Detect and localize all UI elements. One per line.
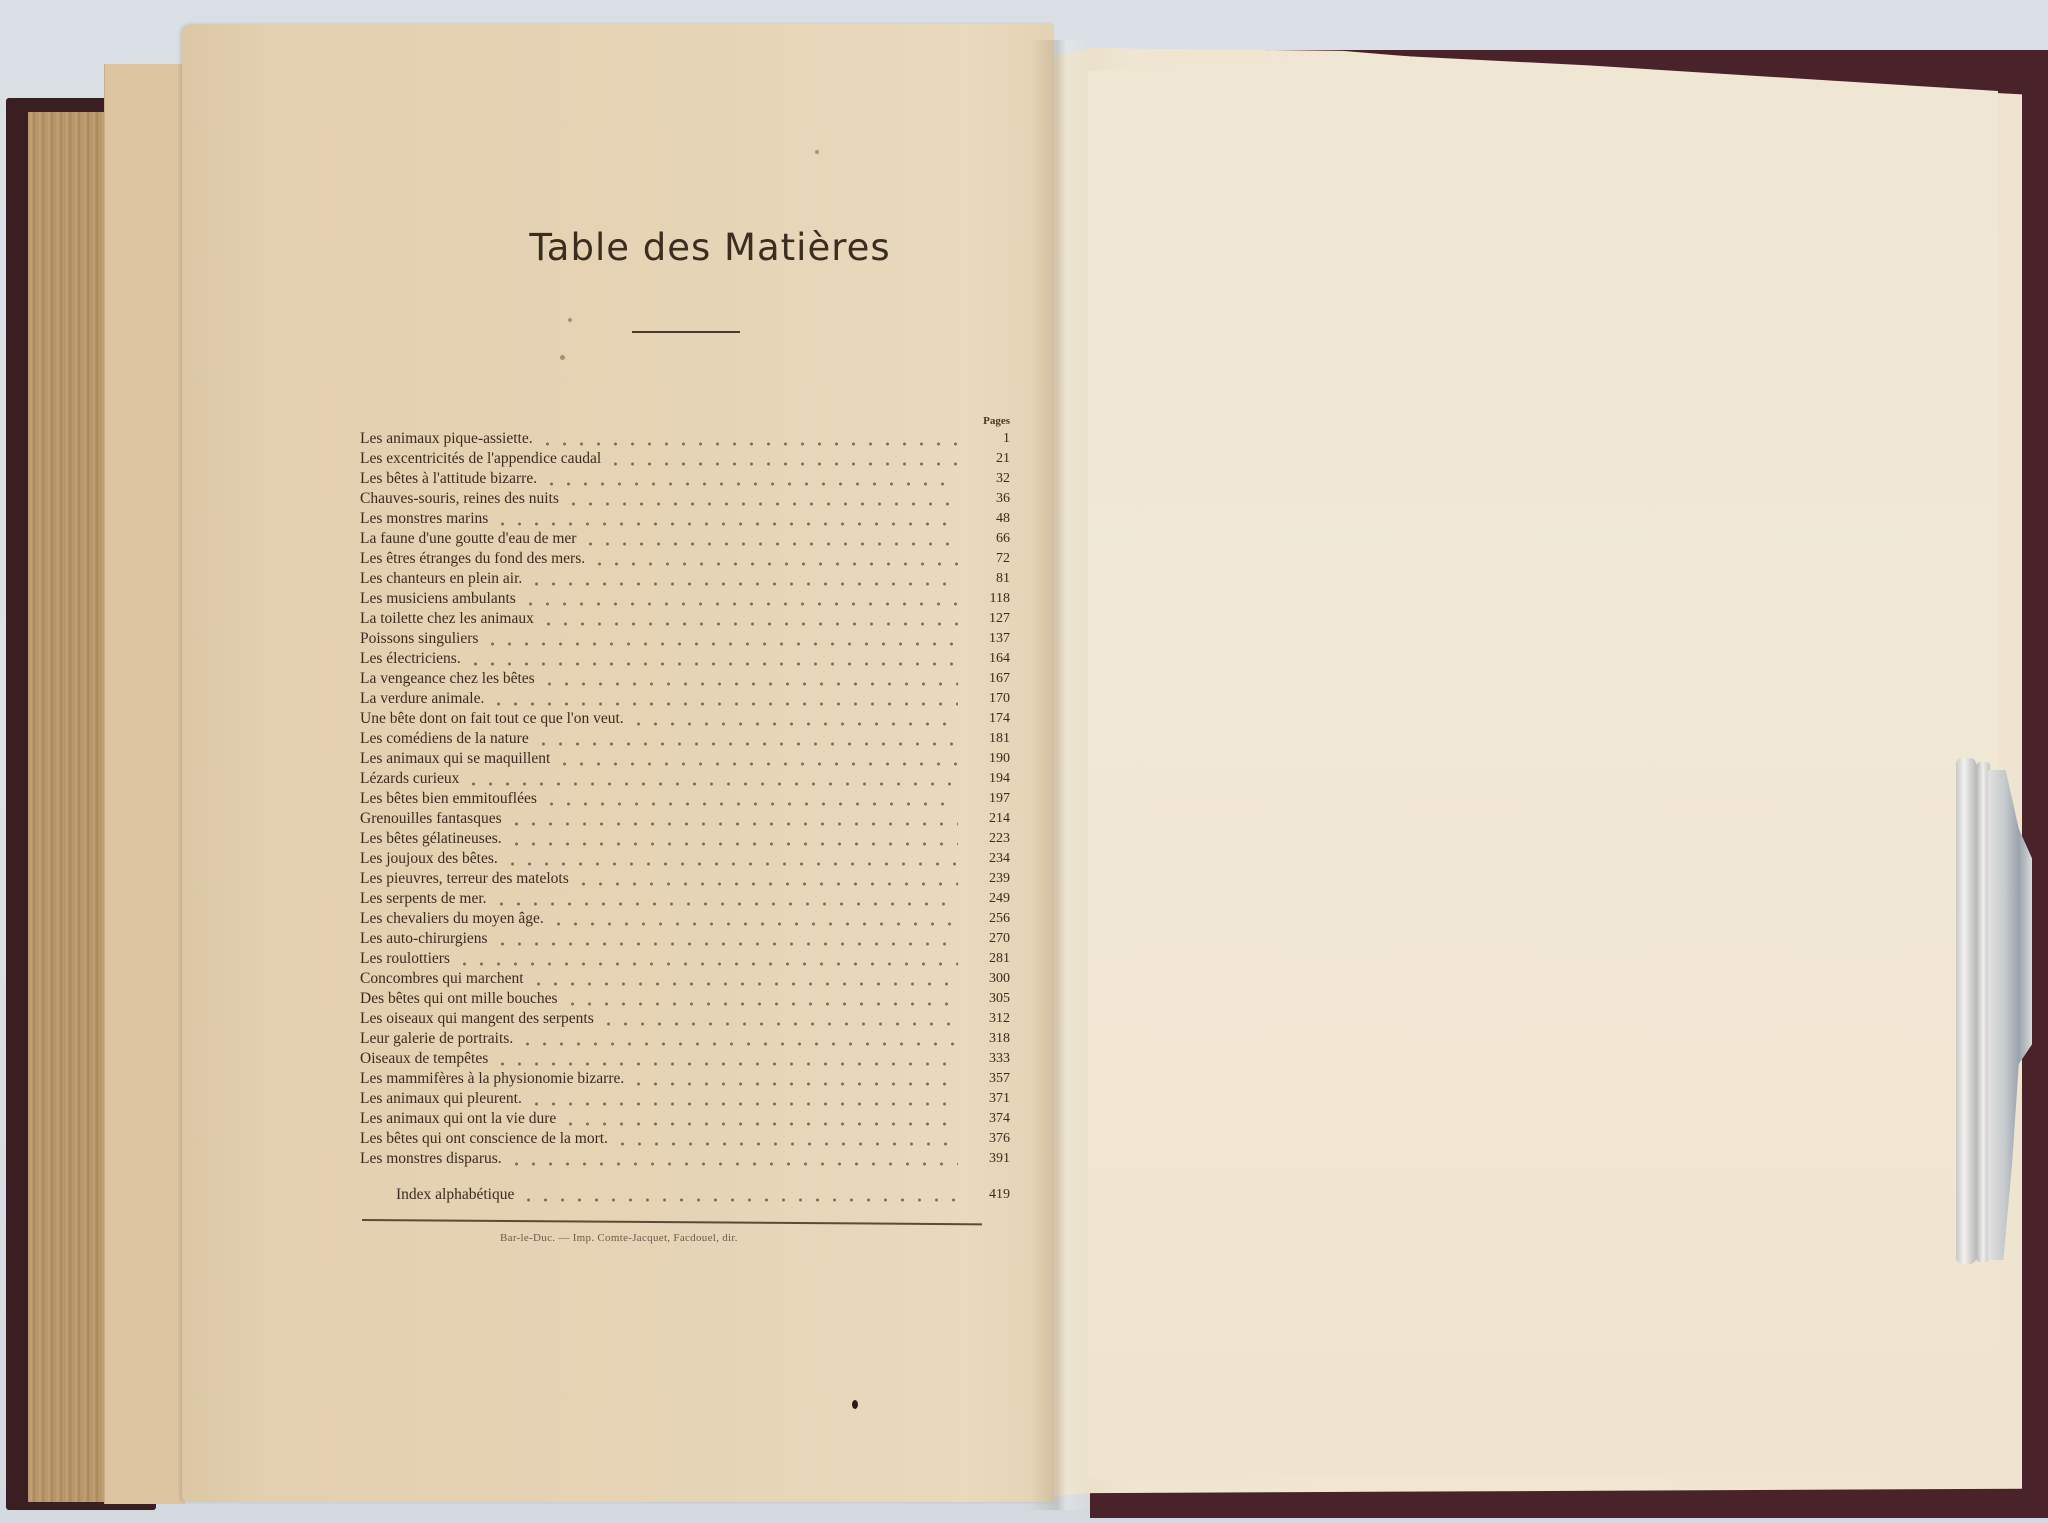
toc-list: Les animaux pique-assiette.1Les excentri… [360,429,1010,1205]
dot-leader [630,709,958,729]
toc-entry-page: 127 [970,609,1010,629]
toc-entry-title: Les bêtes à l'attitude bizarre. [360,469,543,489]
toc-entry-page: 223 [970,829,1010,849]
dot-leader [522,589,958,609]
toc-entry-title: Les bêtes gélatineuses. [360,829,508,849]
toc-entry-page: 137 [970,629,1010,649]
toc-entry-title: Des bêtes qui ont mille bouches [360,989,564,1009]
dot-leader [465,769,958,789]
toc-entry-page: 167 [970,669,1010,689]
toc-entry-title: Les pieuvres, terreur des matelots [360,869,575,889]
toc-entry-page: 1 [970,429,1010,449]
toc-entry-page: 281 [970,949,1010,969]
toc-entry-page: 318 [970,1029,1010,1049]
dot-leader [508,1149,958,1169]
toc-entry-page: 256 [970,909,1010,929]
clip-bar-inner [1976,762,1990,1262]
dot-leader [508,829,958,849]
paper-spot [852,1400,858,1409]
toc-entry-page: 32 [970,469,1010,489]
toc-entry: Des bêtes qui ont mille bouches305 [360,989,1010,1009]
dot-leader [484,629,958,649]
toc-entry-page: 300 [970,969,1010,989]
toc-entry: Les serpents de mer.249 [360,889,1010,909]
toc-entry: Les excentricités de l'appendice caudal2… [360,449,1010,469]
dot-leader [494,1049,958,1069]
toc-entry-title: Les animaux qui se maquillent [360,749,556,769]
dot-leader [543,789,958,809]
toc-entry: Les oiseaux qui mangent des serpents312 [360,1009,1010,1029]
flyleaf-page [104,64,185,1504]
toc-entry-title: Les bêtes qui ont conscience de la mort. [360,1129,614,1149]
toc-entry-page: 305 [970,989,1010,1009]
dot-leader [456,949,958,969]
toc-entry: Les êtres étranges du fond des mers.72 [360,549,1010,569]
toc-entry-title: Grenouilles fantasques [360,809,508,829]
toc-entry: Les auto-chirurgiens270 [360,929,1010,949]
dot-leader [541,669,958,689]
toc-entry-title: Les excentricités de l'appendice caudal [360,449,607,469]
toc-entry: Les mammifères à la physionomie bizarre.… [360,1069,1010,1089]
toc-entry-title: Les roulottiers [360,949,456,969]
toc-entry-page: 234 [970,849,1010,869]
toc-entry: Les roulottiers281 [360,949,1010,969]
toc-entry-title: Les mammifères à la physionomie bizarre. [360,1069,630,1089]
dot-leader [535,729,958,749]
toc-entry-page: 197 [970,789,1010,809]
dot-leader [614,1129,958,1149]
toc-entry-page: 190 [970,749,1010,769]
toc-entry-page: 419 [970,1185,1010,1205]
dot-leader [550,909,958,929]
dot-leader [494,509,958,529]
paper-spot [560,355,565,360]
toc-entry-title: Poissons singuliers [360,629,484,649]
toc-entry: La vengeance chez les bêtes167 [360,669,1010,689]
metal-clip [1952,752,2032,1272]
toc-entry: Une bête dont on fait tout ce que l'on v… [360,709,1010,729]
toc-entry: Les joujoux des bêtes.234 [360,849,1010,869]
right-page [1088,54,1998,1479]
dot-leader [493,889,958,909]
toc-entry-title: Les comédiens de la nature [360,729,535,749]
toc-entry-title: Les animaux qui pleurent. [360,1089,528,1109]
toc-entry-title: Les serpents de mer. [360,889,493,909]
toc-entry: La toilette chez les animaux127 [360,609,1010,629]
toc-entry-title: Les animaux qui ont la vie dure [360,1109,562,1129]
toc-entry-page: 36 [970,489,1010,509]
toc-entry-title: Chauves-souris, reines des nuits [360,489,565,509]
toc-entry-page: 174 [970,709,1010,729]
toc-entry-title: La vengeance chez les bêtes [360,669,541,689]
printer-imprint: Bar-le-Duc. — Imp. Comte-Jacquet, Facdou… [500,1232,738,1244]
toc-entry: Les bêtes qui ont conscience de la mort.… [360,1129,1010,1149]
dot-leader [630,1069,958,1089]
toc-entry-title: Concombres qui marchent [360,969,530,989]
dot-leader [591,549,958,569]
toc-entry-page: 181 [970,729,1010,749]
toc-entry-title: Les oiseaux qui mangent des serpents [360,1009,600,1029]
toc-entry: Les animaux qui pleurent.371 [360,1089,1010,1109]
toc-entry-page: 194 [970,769,1010,789]
toc-entry-title: Index alphabétique [360,1185,520,1205]
paper-spot [568,318,572,322]
dot-leader [520,1185,958,1205]
title-divider [632,331,740,333]
toc-entry-title: Les bêtes bien emmitouflées [360,789,543,809]
dot-leader [600,1009,958,1029]
dot-leader [504,849,958,869]
dot-leader [539,429,958,449]
toc-entry-page: 371 [970,1089,1010,1109]
toc-entry: Lézards curieux194 [360,769,1010,789]
toc-entry: Les chevaliers du moyen âge.256 [360,909,1010,929]
toc-entry-page: 239 [970,869,1010,889]
dot-leader [543,469,958,489]
toc-entry: Concombres qui marchent300 [360,969,1010,989]
toc-entry-page: 66 [970,529,1010,549]
toc-entry-title: Une bête dont on fait tout ce que l'on v… [360,709,630,729]
toc-entry: Leur galerie de portraits.318 [360,1029,1010,1049]
dot-leader [582,529,958,549]
dot-leader [562,1109,958,1129]
toc-entry: Les musiciens ambulants118 [360,589,1010,609]
toc-entry-page: 270 [970,929,1010,949]
page-edges [28,112,108,1502]
pages-column-header: Pages [983,415,1010,427]
toc-entry-page: 376 [970,1129,1010,1149]
toc-entry-title: La verdure animale. [360,689,490,709]
dot-leader [519,1029,958,1049]
paper-spot [815,150,819,154]
toc-entry-page: 81 [970,569,1010,589]
toc-entry-title: Les chevaliers du moyen âge. [360,909,550,929]
toc-entry-title: Leur galerie de portraits. [360,1029,519,1049]
toc-entry-page: 214 [970,809,1010,829]
toc-entry-title: La toilette chez les animaux [360,609,540,629]
toc-entry-title: Les musiciens ambulants [360,589,522,609]
toc-entry-page: 391 [970,1149,1010,1169]
toc-entry-page: 312 [970,1009,1010,1029]
toc-entry-page: 21 [970,449,1010,469]
dot-leader [540,609,958,629]
toc-entry: Les bêtes à l'attitude bizarre.32 [360,469,1010,489]
toc-entry: Oiseaux de tempêtes333 [360,1049,1010,1069]
toc-entry-page: 374 [970,1109,1010,1129]
toc-entry: Les bêtes gélatineuses.223 [360,829,1010,849]
dot-leader [565,489,958,509]
toc-entry-page: 333 [970,1049,1010,1069]
clip-wing [1988,770,2032,1260]
toc-entry-title: Les électriciens. [360,649,467,669]
toc-entry: Les pieuvres, terreur des matelots239 [360,869,1010,889]
dot-leader [564,989,958,1009]
toc-entry: Les animaux pique-assiette.1 [360,429,1010,449]
clip-bar [1956,758,1976,1264]
toc-entry-title: La faune d'une goutte d'eau de mer [360,529,582,549]
toc-entry: Grenouilles fantasques214 [360,809,1010,829]
toc-entry-page: 118 [970,589,1010,609]
toc-entry-title: Les auto-chirurgiens [360,929,494,949]
toc-entry-page: 48 [970,509,1010,529]
toc-entry: Les animaux qui ont la vie dure374 [360,1109,1010,1129]
toc-entry: Poissons singuliers137 [360,629,1010,649]
toc-entry: Les monstres disparus.391 [360,1149,1010,1169]
toc-entry-page: 72 [970,549,1010,569]
book-gutter [1030,40,1090,1510]
toc-entry: Les électriciens.164 [360,649,1010,669]
dot-leader [494,929,958,949]
toc-entry-title: Les chanteurs en plein air. [360,569,528,589]
dot-leader [528,569,958,589]
toc-entry-title: Les animaux pique-assiette. [360,429,539,449]
toc-entry: Les bêtes bien emmitouflées197 [360,789,1010,809]
toc-entry-page: 170 [970,689,1010,709]
toc-entry-title: Lézards curieux [360,769,465,789]
toc-entry: La faune d'une goutte d'eau de mer66 [360,529,1010,549]
toc-entry: Les comédiens de la nature181 [360,729,1010,749]
dot-leader [528,1089,958,1109]
dot-leader [556,749,958,769]
toc-entry: Index alphabétique419 [360,1169,1010,1205]
dot-leader [575,869,958,889]
toc-entry-page: 249 [970,889,1010,909]
toc-entry: Les chanteurs en plein air.81 [360,569,1010,589]
toc-entry-title: Les êtres étranges du fond des mers. [360,549,591,569]
toc-entry-title: Les joujoux des bêtes. [360,849,504,869]
toc-entry-title: Oiseaux de tempêtes [360,1049,494,1069]
toc-entry-page: 164 [970,649,1010,669]
dot-leader [530,969,958,989]
dot-leader [490,689,958,709]
toc-entry: Les monstres marins48 [360,509,1010,529]
toc-entry-page: 357 [970,1069,1010,1089]
toc-entry: Chauves-souris, reines des nuits36 [360,489,1010,509]
toc-entry: La verdure animale.170 [360,689,1010,709]
dot-leader [607,449,958,469]
toc-entry: Les animaux qui se maquillent190 [360,749,1010,769]
dot-leader [467,649,958,669]
page-title: Table des Matières [480,226,940,269]
toc-entry-title: Les monstres disparus. [360,1149,508,1169]
dot-leader [508,809,958,829]
toc-entry-title: Les monstres marins [360,509,494,529]
